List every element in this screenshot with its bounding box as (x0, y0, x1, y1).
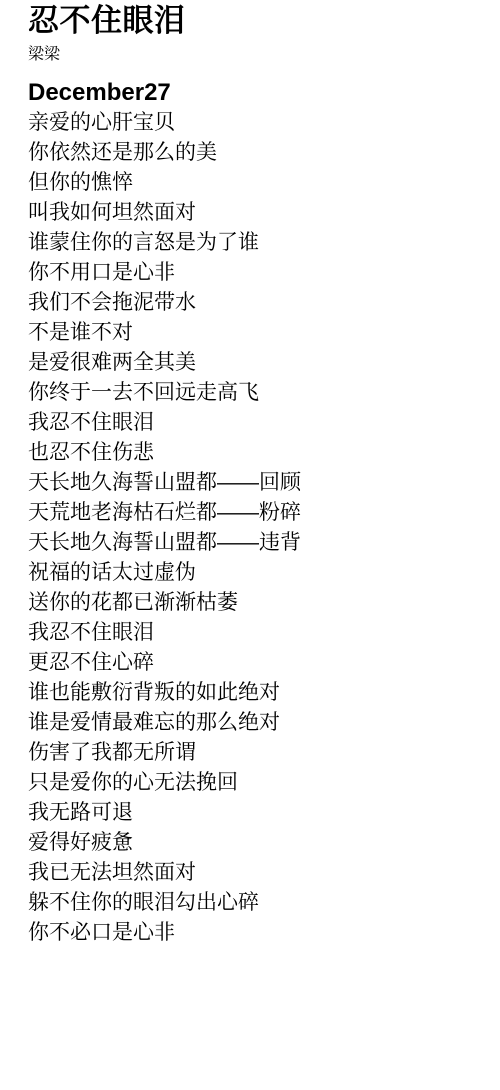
lyric-line: 也忍不住伤悲 (28, 438, 480, 468)
lyric-line: 天荒地老海枯石烂都——粉碎 (28, 498, 480, 528)
lyric-line: 你终于一去不回远走高飞 (28, 378, 480, 408)
lyric-line: 躲不住你的眼泪勾出心碎 (28, 888, 480, 918)
lyric-line: 谁也能敷衍背叛的如此绝对 (28, 678, 480, 708)
lyric-line: 叫我如何坦然面对 (28, 198, 480, 228)
lyric-line: 谁是爱情最难忘的那么绝对 (28, 708, 480, 738)
page-title: 忍不住眼泪 (28, 2, 480, 40)
lyrics-body: 亲爱的心肝宝贝你依然还是那么的美但你的憔悴叫我如何坦然面对谁蒙住你的言怒是为了谁… (28, 108, 480, 948)
lyric-line: 我无路可退 (28, 798, 480, 828)
lyric-line: 亲爱的心肝宝贝 (28, 108, 480, 138)
lyric-line: 但你的憔悴 (28, 168, 480, 198)
lyric-line: 我已无法坦然面对 (28, 858, 480, 888)
lyric-line: 你不用口是心非 (28, 258, 480, 288)
lyric-line: 谁蒙住你的言怒是为了谁 (28, 228, 480, 258)
lyric-line: 你依然还是那么的美 (28, 138, 480, 168)
lyric-line: 伤害了我都无所谓 (28, 738, 480, 768)
lyric-line: 你不必口是心非 (28, 918, 480, 948)
lyric-line: 只是爱你的心无法挽回 (28, 768, 480, 798)
lyric-line: 是爱很难两全其美 (28, 348, 480, 378)
lyric-line: 我们不会拖泥带水 (28, 288, 480, 318)
lyrics-page: 忍不住眼泪 梁梁 December27 亲爱的心肝宝贝你依然还是那么的美但你的憔… (0, 0, 500, 1090)
lyric-line: 祝福的话太过虚伪 (28, 558, 480, 588)
lyric-line: 我忍不住眼泪 (28, 618, 480, 648)
lyric-line: 不是谁不对 (28, 318, 480, 348)
lyric-line: 天长地久海誓山盟都——违背 (28, 528, 480, 558)
lyric-line: 爱得好疲惫 (28, 828, 480, 858)
lyric-line: 送你的花都已渐渐枯萎 (28, 588, 480, 618)
section-heading: December27 (28, 78, 480, 108)
lyric-line: 天长地久海誓山盟都——回顾 (28, 468, 480, 498)
lyric-line: 我忍不住眼泪 (28, 408, 480, 438)
lyric-line: 更忍不住心碎 (28, 648, 480, 678)
artist-name: 梁梁 (28, 45, 480, 65)
